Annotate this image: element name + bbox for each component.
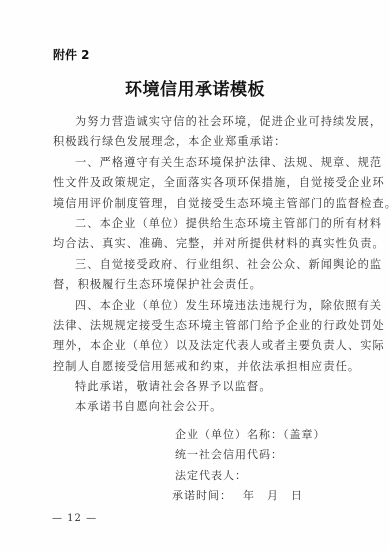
body-line: 三、自觉接受政府、行业组织、社会公众、新闻舆论的监 xyxy=(53,255,341,275)
body-line: 理外，本企业（单位）以及法定代表人或者主要负责人、实际 xyxy=(53,336,341,356)
body-line: 均合法、真实、准确、完整，并对所提供材料的真实性负责。 xyxy=(53,234,341,254)
body-line: 积极践行绿色发展理念，本企业郑重承诺： xyxy=(53,132,341,152)
credit-code-field: 统一社会信用代码： xyxy=(175,444,326,464)
body-line: 四、本企业（单位）发生环境违法违规行为，除依照有关 xyxy=(53,296,341,316)
legal-representative-field: 法定代表人： xyxy=(175,465,326,485)
document-page: 附件 2 环境信用承诺模板 为努力营造诚实守信的社会环境，促进企业可持续发展， … xyxy=(0,0,390,551)
body-line: 性文件及政策规定，全面落实各项环保措施，自觉接受企业环 xyxy=(53,173,341,193)
company-name-field: 企业（单位）名称：（盖章） xyxy=(175,424,326,444)
body-line: 特此承诺，敬请社会各界予以监督。 xyxy=(53,377,341,397)
document-title: 环境信用承诺模板 xyxy=(0,75,390,100)
body-line: 境信用评价制度管理，自觉接受生态环境主管部门的监督检查。 xyxy=(53,194,341,214)
body-line: 为努力营造诚实守信的社会环境，促进企业可持续发展， xyxy=(53,112,341,132)
signature-block: 企业（单位）名称：（盖章） 统一社会信用代码： 法定代表人： 承诺时间： 年 月… xyxy=(175,424,326,506)
body-line: 法律、法规规定接受生态环境主管部门给予企业的行政处罚处 xyxy=(53,316,341,336)
body-line: 二、本企业（单位）提供给生态环境主管部门的所有材料 xyxy=(53,214,341,234)
annex-label: 附件 2 xyxy=(53,46,90,63)
document-body: 为努力营造诚实守信的社会环境，促进企业可持续发展， 积极践行绿色发展理念，本企业… xyxy=(53,112,341,418)
body-line: 督，积极履行生态环境保护社会责任。 xyxy=(53,275,341,295)
body-line: 控制人自愿接受信用惩戒和约束，并依法承担相应责任。 xyxy=(53,357,341,377)
page-number: — 12 — xyxy=(52,513,97,524)
body-line: 本承诺书自愿向社会公开。 xyxy=(53,397,341,417)
commitment-date-field: 承诺时间： 年 月 日 xyxy=(172,485,326,505)
body-line: 一、严格遵守有关生态环境保护法律、法规、规章、规范 xyxy=(53,153,341,173)
